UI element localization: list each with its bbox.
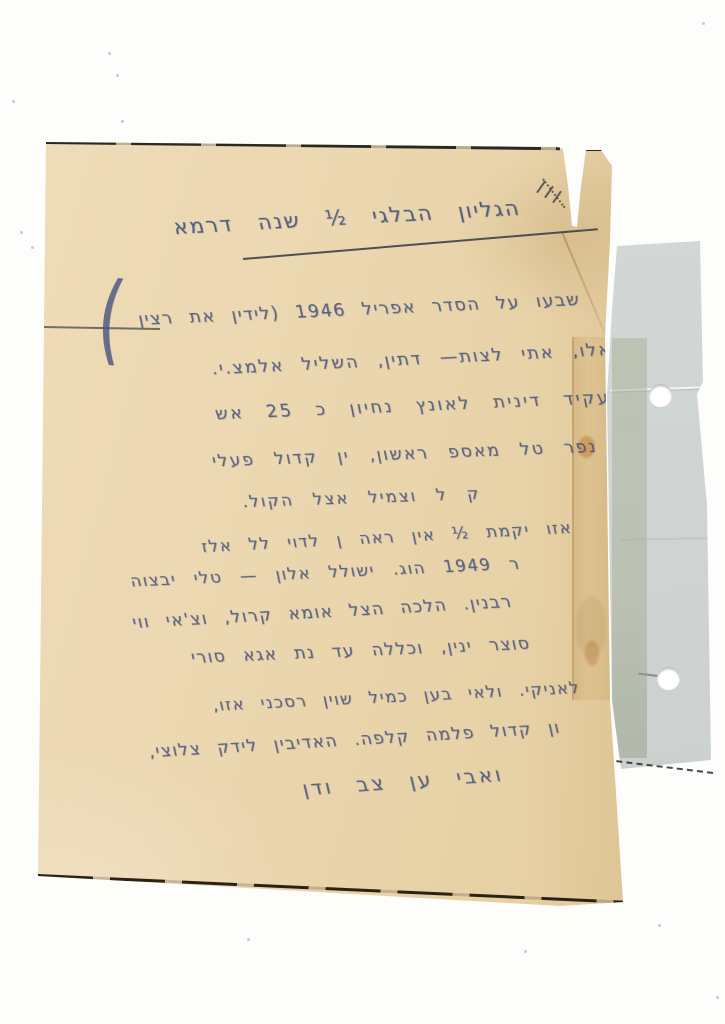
handwritten-line: ון קדול פלמה קלפה. האדיבין לידק צלוצי, bbox=[146, 718, 562, 762]
title-underline bbox=[243, 228, 598, 260]
punch-hole-bottom bbox=[657, 667, 680, 690]
speck bbox=[716, 996, 719, 999]
handwritten-line: רבנין. הלכה הצל אומא קרול, וצ'אי ווי bbox=[130, 592, 514, 633]
tape-on-strip bbox=[612, 338, 647, 758]
handwritten-line: לאניקי. ולאי בען כמיל שוין רסכני אזו, bbox=[210, 678, 582, 715]
speck bbox=[20, 231, 23, 234]
handwritten-line: ר 1949 הוג. ישולל אלון — טלי יבצוה bbox=[129, 554, 522, 591]
speck bbox=[108, 52, 111, 55]
handwritten-line: עקיד דינית לאונץ נחיון כ 25 אש bbox=[213, 388, 612, 424]
handwritten-line: סוצר ינין, וכללה עד נת אגא סורי bbox=[189, 634, 532, 668]
handwritten-line: נפר טל מאספ ראשון, ין קדול פעלי bbox=[210, 437, 599, 472]
speck bbox=[31, 246, 34, 249]
speck bbox=[12, 100, 15, 103]
handwritten-line: ק ל וצמיל אצל הקול. bbox=[240, 484, 482, 511]
handwritten-line: שבעו על הסדר אפריל 1946 (לידין את רצין bbox=[136, 290, 582, 330]
speck bbox=[116, 74, 119, 77]
handwritten-line: אלו, אתי לצות— דתין, השליל אלמצ.י. bbox=[210, 340, 615, 379]
handwritten-parenthesis: ( bbox=[93, 269, 130, 369]
paper-bottom-edge bbox=[38, 874, 624, 904]
signature-line: ואבי ען צב ודן bbox=[300, 762, 506, 800]
scanned-letter-scene: הגליון הבלגי ½ שנה דרמא שבעו על הסדר אפר… bbox=[0, 0, 725, 1024]
punch-hole-top bbox=[649, 384, 672, 407]
speck bbox=[247, 938, 250, 941]
paper-top-edge bbox=[46, 141, 560, 150]
handwritten-title: הגליון הבלגי ½ שנה דרמא bbox=[171, 196, 523, 239]
speck bbox=[524, 950, 527, 953]
paper-top-edge bbox=[586, 148, 612, 151]
speck bbox=[121, 120, 124, 123]
strip-edge-mark bbox=[629, 241, 640, 245]
speck bbox=[658, 924, 661, 927]
handwritten-line: אזו יקמת ½ אין ראה ן לדוי לל אלז bbox=[200, 518, 574, 556]
paper-fold-crease bbox=[561, 232, 607, 336]
paper-stain bbox=[576, 596, 606, 658]
speck bbox=[702, 22, 705, 25]
